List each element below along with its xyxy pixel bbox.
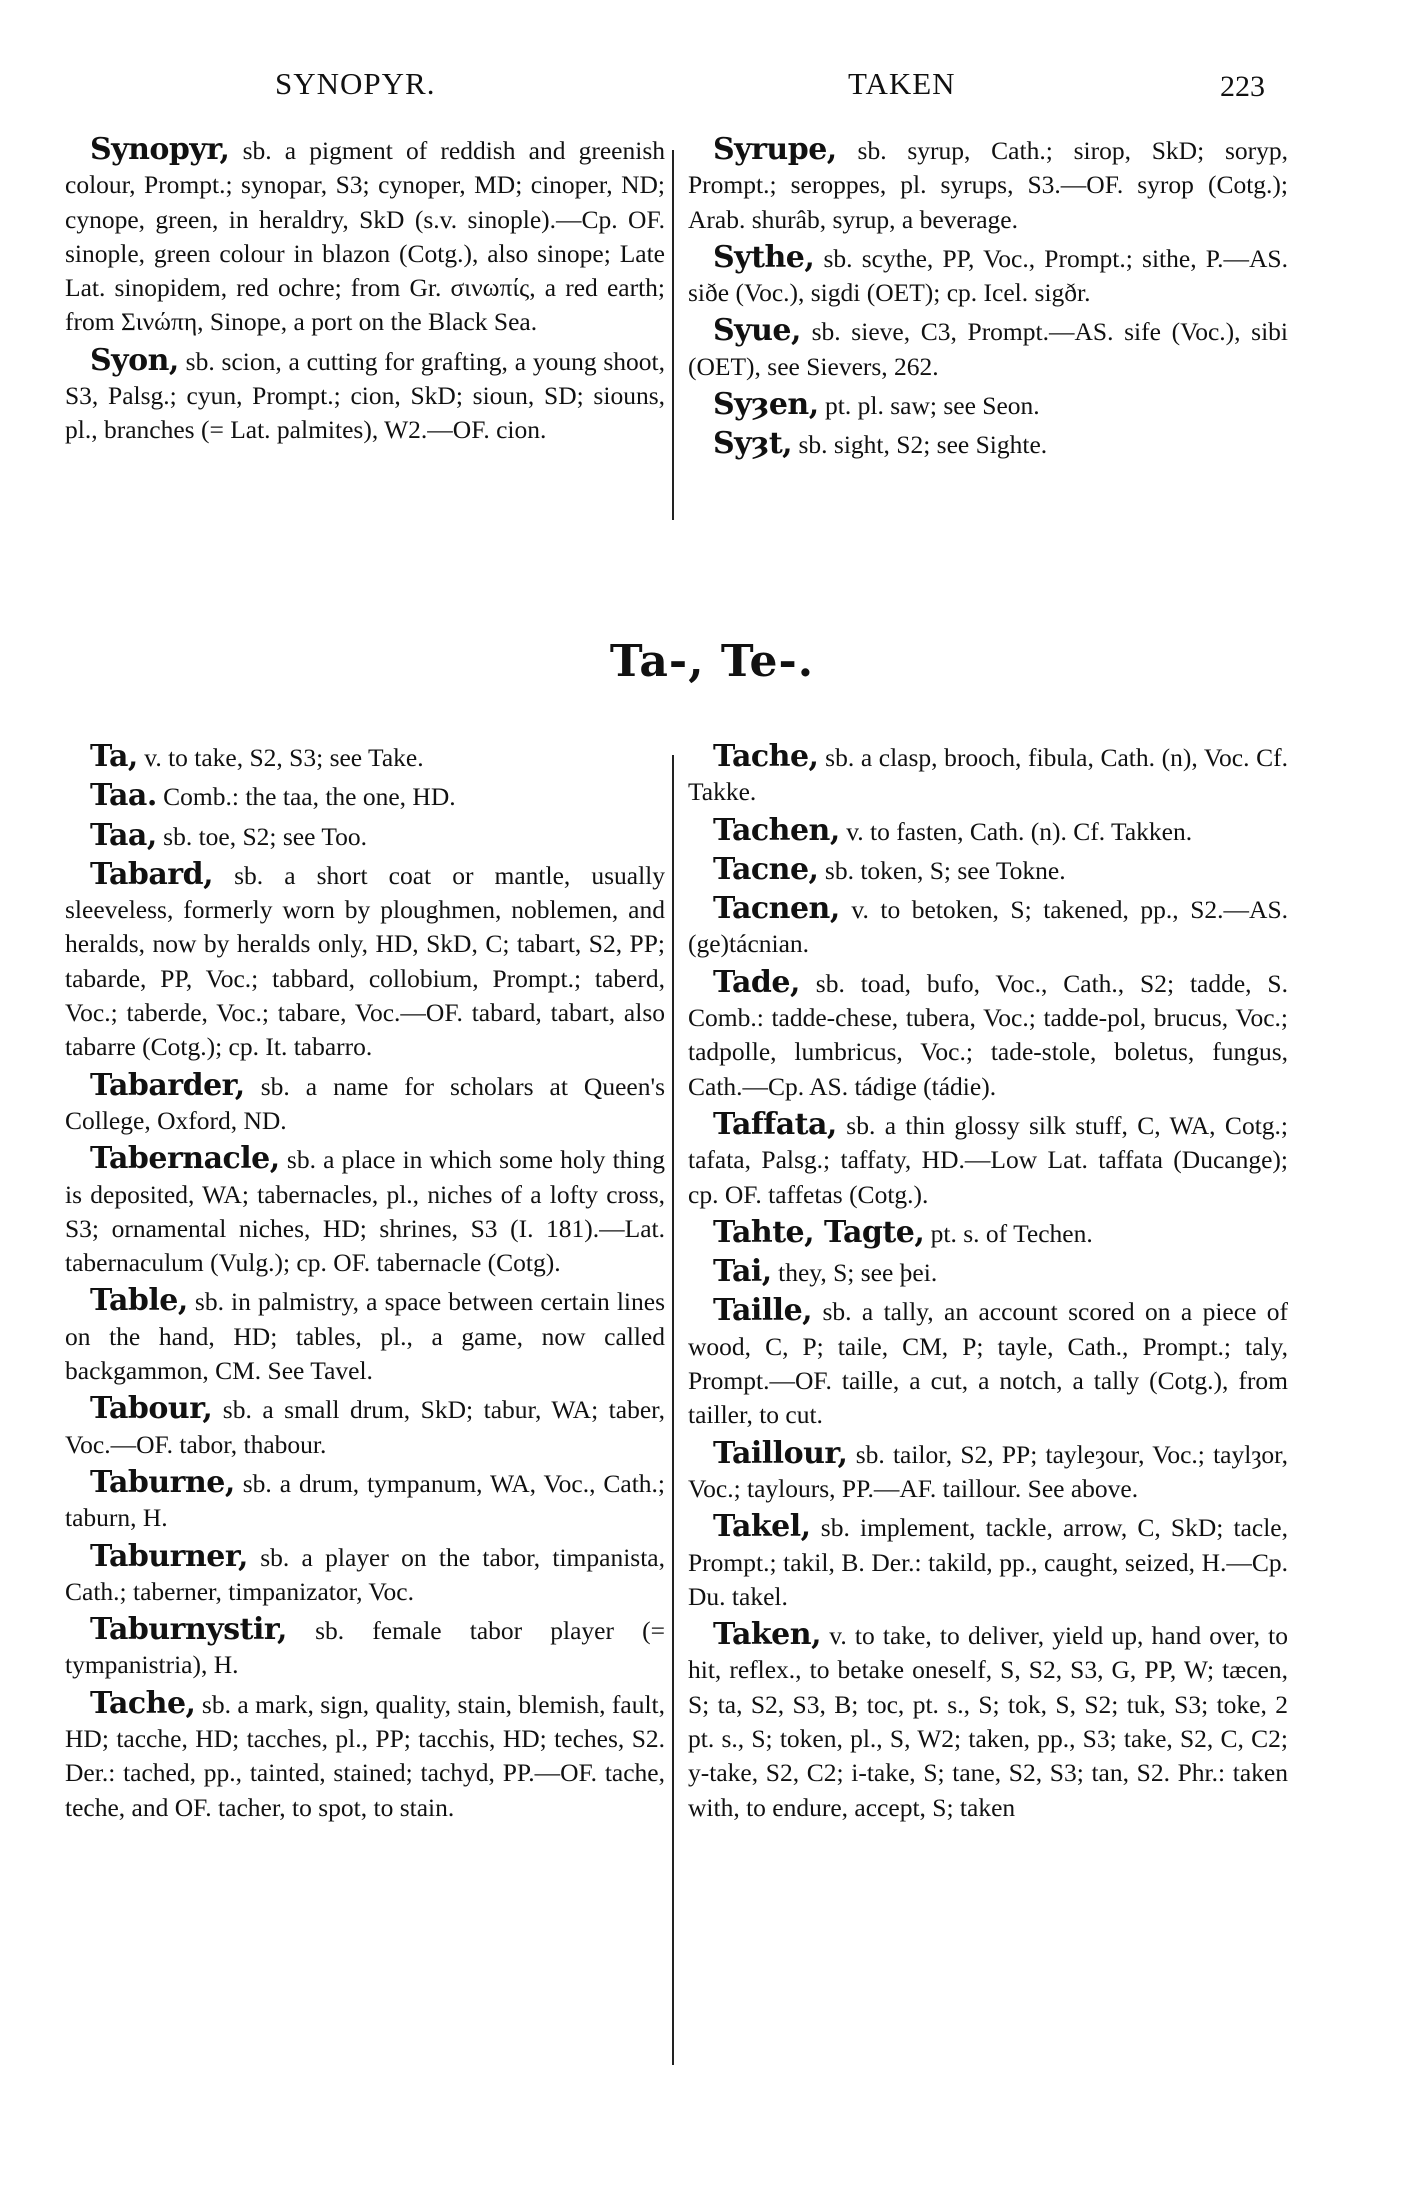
dictionary-entry: Tabarder, sb. a name for scholars at Que…	[65, 1069, 665, 1139]
dictionary-entry: Syrupe, sb. syrup, Cath.; sirop, SkD; so…	[688, 133, 1288, 237]
dictionary-entry: Tabour, sb. a small drum, SkD; tabur, WA…	[65, 1392, 665, 1462]
entry-headword: Syue,	[713, 313, 801, 348]
entry-headword: Tachen,	[713, 813, 840, 848]
entry-headword: Ta,	[90, 739, 138, 774]
entry-headword: Syon,	[90, 343, 179, 378]
dictionary-entry: Tahte, Tagte, pt. s. of Techen.	[688, 1216, 1288, 1251]
dictionary-entry: Taburner, sb. a player on the tabor, tim…	[65, 1540, 665, 1610]
entry-definition: sb. sight, S2; see Sighte.	[792, 430, 1047, 459]
entry-definition: sb. token, S; see Tokne.	[819, 856, 1066, 885]
entry-headword: Taburnystir,	[90, 1612, 287, 1647]
column-top-left: Synopyr, sb. a pigment of reddish and gr…	[65, 133, 665, 452]
entry-definition: pt. pl. saw; see Seon.	[819, 391, 1040, 420]
dictionary-entry: Table, sb. in palmistry, a space between…	[65, 1284, 665, 1388]
entry-headword: Taffata,	[713, 1107, 837, 1142]
entry-headword: Tache,	[90, 1686, 196, 1721]
entry-definition: pt. s. of Techen.	[924, 1219, 1092, 1248]
dictionary-entry: Taburnystir, sb. female tabor player (= …	[65, 1613, 665, 1683]
entry-definition: v. to take, S2, S3; see Take.	[138, 743, 424, 772]
entry-definition: Comb.: the taa, the one, HD.	[157, 782, 456, 811]
entry-headword: Taburne,	[90, 1465, 235, 1500]
dictionary-entry: Tache, sb. a clasp, brooch, fibula, Cath…	[688, 740, 1288, 810]
column-bottom-left: Ta, v. to take, S2, S3; see Take.Taa. Co…	[65, 740, 665, 1829]
entry-headword: Takel,	[713, 1509, 811, 1544]
entry-headword: Tai,	[713, 1254, 772, 1289]
column-bottom-right: Tache, sb. a clasp, brooch, fibula, Cath…	[688, 740, 1288, 1829]
entry-headword: Taken,	[713, 1617, 821, 1652]
dictionary-entry: Tachen, v. to fasten, Cath. (n). Cf. Tak…	[688, 814, 1288, 849]
entry-headword: Syrupe,	[713, 132, 837, 167]
entry-headword: Tache,	[713, 739, 819, 774]
dictionary-entry: Takel, sb. implement, tackle, arrow, C, …	[688, 1510, 1288, 1614]
dictionary-entry: Tabernacle, sb. a place in which some ho…	[65, 1142, 665, 1280]
column-rule-bottom	[672, 755, 674, 2065]
entry-headword: Sythe,	[713, 240, 814, 275]
running-head-left: SYNOPYR.	[275, 66, 435, 102]
dictionary-entry: Tai, they, S; see þei.	[688, 1255, 1288, 1290]
entry-headword: Taille,	[713, 1293, 812, 1328]
entry-definition: v. to fasten, Cath. (n). Cf. Takken.	[840, 817, 1192, 846]
entry-headword: Tacne,	[713, 852, 819, 887]
entry-headword: Tade,	[713, 965, 800, 1000]
dictionary-entry: Tache, sb. a mark, sign, quality, stain,…	[65, 1687, 665, 1825]
column-rule-top	[672, 150, 674, 520]
column-top-right: Syrupe, sb. syrup, Cath.; sirop, SkD; so…	[688, 133, 1288, 467]
dictionary-entry: Syon, sb. scion, a cutting for grafting,…	[65, 344, 665, 448]
entry-headword: Tabard,	[90, 857, 213, 892]
entry-headword: Taa.	[90, 778, 157, 813]
entry-headword: Synopyr,	[90, 132, 229, 167]
dictionary-entry: Taburne, sb. a drum, tympanum, WA, Voc.,…	[65, 1466, 665, 1536]
dictionary-entry: Syue, sb. sieve, C3, Prompt.—AS. sife (V…	[688, 314, 1288, 384]
dictionary-entry: Tade, sb. toad, bufo, Voc., Cath., S2; t…	[688, 966, 1288, 1104]
section-heading: Ta-, Te-.	[0, 636, 1424, 687]
dictionary-entry: Taa, sb. toe, S2; see Too.	[65, 819, 665, 854]
dictionary-entry: Taa. Comb.: the taa, the one, HD.	[65, 779, 665, 814]
dictionary-entry: Syȝen, pt. pl. saw; see Seon.	[688, 388, 1288, 423]
page-number: 223	[1220, 70, 1265, 104]
dictionary-entry: Ta, v. to take, S2, S3; see Take.	[65, 740, 665, 775]
entry-headword: Taillour,	[713, 1436, 847, 1471]
entry-definition: sb. toe, S2; see Too.	[157, 822, 367, 851]
dictionary-entry: Taille, sb. a tally, an account scored o…	[688, 1294, 1288, 1432]
entry-headword: Syȝt,	[713, 426, 792, 461]
dictionary-entry: Taken, v. to take, to deliver, yield up,…	[688, 1618, 1288, 1825]
dictionary-entry: Tacnen, v. to betoken, S; takened, pp., …	[688, 892, 1288, 962]
entry-headword: Syȝen,	[713, 387, 819, 422]
dictionary-entry: Sythe, sb. scythe, PP, Voc., Prompt.; si…	[688, 241, 1288, 311]
dictionary-entry: Tacne, sb. token, S; see Tokne.	[688, 853, 1288, 888]
entry-headword: Tabarder,	[90, 1068, 245, 1103]
entry-headword: Tabour,	[90, 1391, 212, 1426]
entry-headword: Tacnen,	[713, 891, 840, 926]
entry-definition: they, S; see þei.	[772, 1258, 937, 1287]
entry-headword: Tabernacle,	[90, 1141, 280, 1176]
entry-headword: Tahte, Tagte,	[713, 1215, 924, 1250]
entry-headword: Taa,	[90, 818, 157, 853]
entry-headword: Taburner,	[90, 1539, 248, 1574]
dictionary-entry: Syȝt, sb. sight, S2; see Sighte.	[688, 427, 1288, 462]
dictionary-entry: Taffata, sb. a thin glossy silk stuff, C…	[688, 1108, 1288, 1212]
entry-headword: Table,	[90, 1283, 188, 1318]
dictionary-entry: Tabard, sb. a short coat or mantle, usua…	[65, 858, 665, 1065]
dictionary-entry: Synopyr, sb. a pigment of reddish and gr…	[65, 133, 665, 340]
dictionary-entry: Taillour, sb. tailor, S2, PP; tayleȝour,…	[688, 1437, 1288, 1507]
running-head-right: TAKEN	[848, 66, 956, 102]
